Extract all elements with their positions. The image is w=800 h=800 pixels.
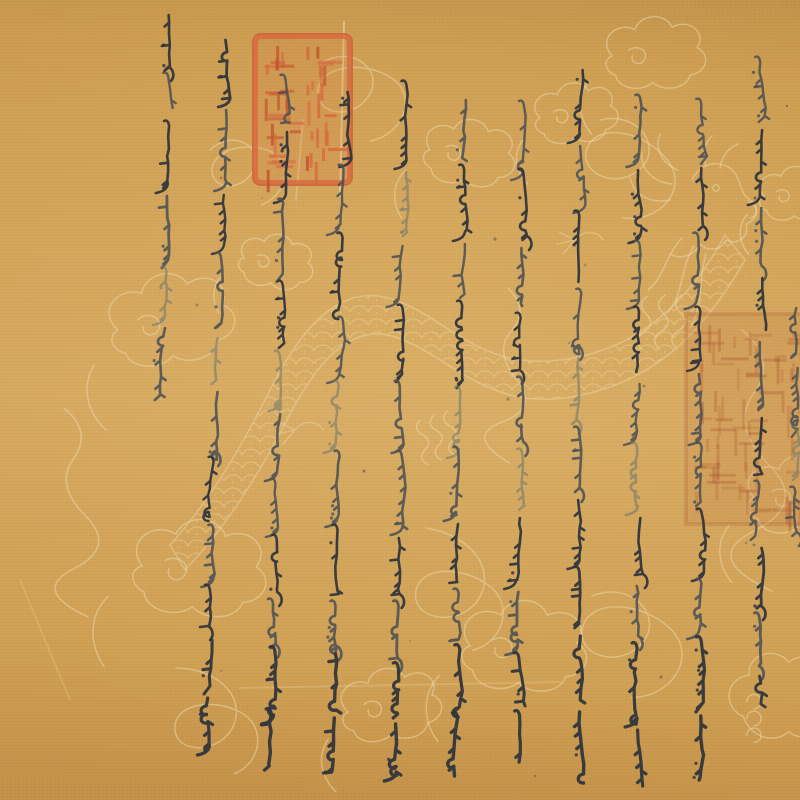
manchu-diacritic-dot [276,326,279,329]
manchu-diacritic-dot [509,600,512,603]
artwork-canvas [0,0,800,800]
ink-speck [506,397,509,400]
cloud-motif [391,110,520,233]
manchu-diacritic-dot [695,648,698,651]
ink-speck [220,177,222,179]
manchu-diacritic-dot [449,492,452,495]
manchu-word [454,244,465,298]
ink-speck [574,245,576,247]
ink-speck [568,342,570,344]
manchu-diacritic-dot [456,148,459,151]
manchu-diacritic-dot [328,421,331,424]
ink-speck [786,105,788,107]
manchu-word [633,586,643,650]
silk-crease [240,682,560,688]
ink-speck [580,592,582,594]
manchu-word [687,579,705,639]
manchu-word [392,381,404,453]
manchu-diacritic-dot [267,677,270,680]
manchu-diacritic-dot [277,316,280,319]
trail-motif [55,408,99,617]
manchu-diacritic-dot [215,305,218,308]
manchu-diacritic-dot [511,571,514,574]
manchu-word [391,451,408,535]
manchu-word [162,15,174,81]
manchu-diacritic-dot [694,762,697,765]
manchu-word [573,289,583,360]
manchu-word [212,338,221,384]
manchu-word [448,713,460,776]
manchu-word [756,208,766,280]
manchu-word [696,637,707,712]
manchu-word [453,645,465,717]
manchu-diacritic-dot [275,259,278,262]
ink-speck [493,237,496,240]
manchu-word [627,241,641,309]
manchu-word [568,500,585,569]
manchu-diacritic-dot [326,636,329,639]
manchu-word [215,253,223,328]
manchu-word [197,698,212,755]
manchu-diacritic-dot [512,343,515,346]
trail-motif [166,658,262,781]
manchu-diacritic-dot [633,232,636,235]
manchu-word [635,518,647,588]
manchu-diacritic-dot [341,97,344,100]
manchu-diacritic-dot [757,114,760,117]
manchu-word [755,57,770,122]
manchu-word [392,663,399,718]
cloud-motif [211,225,319,328]
manchu-diacritic-dot [755,304,758,307]
manchu-diacritic-dot [279,160,282,163]
manchu-word [512,653,525,706]
script-column-1 [153,15,176,400]
manchu-word [272,535,282,606]
ink-speck [584,264,587,267]
manchu-diacritic-dot [752,71,755,74]
manchu-word [155,328,166,400]
manchu-diacritic-dot [162,64,165,67]
manchu-word [517,449,527,510]
manchu-word [212,392,221,466]
manchu-diacritic-dot [517,692,520,695]
manchu-diacritic-dot [153,359,156,362]
manchu-word [449,524,460,583]
ruyi3-motif [729,653,800,742]
manchu-diacritic-dot [693,776,696,779]
manchu-word [756,676,767,707]
ink-speck [261,197,263,199]
ink-speck [698,179,701,182]
manchu-word [461,100,467,161]
manchu-word [218,40,230,107]
manchu-word [626,95,646,167]
manchu-diacritic-dot [331,512,334,515]
manchu-diacritic-dot [328,442,331,445]
manchu-word [626,443,639,515]
dragon-claw [557,232,603,254]
manchu-diacritic-dot [280,143,283,146]
vermillion-relief-seal [252,33,353,191]
screenshot-root: Photograph of a Qing-dynasty edict handw… [0,0,800,800]
manchu-word [262,709,272,770]
manchu-diacritic-dot [576,78,579,81]
manchu-word [390,538,404,608]
manchu-diacritic-dot [281,149,284,152]
manchu-word [568,70,588,143]
manchu-diacritic-dot [631,193,634,196]
manchu-word [519,169,532,250]
manchu-diacritic-dot [400,230,403,233]
manchu-diacritic-dot [574,448,577,451]
manchu-diacritic-dot [387,758,390,761]
manchu-word [331,525,342,595]
manchu-diacritic-dot [753,625,756,628]
manchu-diacritic-dot [396,522,399,525]
manchu-word [696,716,706,780]
ink-speck [196,304,199,307]
manchu-diacritic-dot [575,753,578,756]
manchu-diacritic-dot [755,84,758,87]
silk-weave-layer [20,17,800,793]
ink-speck [745,542,748,545]
manchu-word [453,165,471,241]
manchu-word [574,636,585,703]
ink-speck [753,196,756,199]
manchu-word [324,381,342,453]
manchu-diacritic-dot [571,344,574,347]
manchu-diacritic-dot [628,658,631,661]
ink-speck [220,670,222,672]
manchu-diacritic-dot [330,516,333,519]
manchu-diacritic-dot [753,604,756,607]
cloud-motif [740,166,800,254]
manchu-diacritic-dot [630,610,633,613]
ink-speck [753,544,756,547]
cloud-motif [580,17,705,134]
cloud-motif [511,80,622,185]
manchu-word [575,712,584,783]
manchu-word [697,168,708,240]
manchu-diacritic-dot [277,297,280,300]
manchu-diacritic-dot [202,674,205,677]
ink-speck [699,768,701,770]
manchu-word [212,195,226,254]
manchu-edict-photo: Photograph of a Qing-dynasty edict handw… [0,0,800,800]
ink-speck [534,775,536,777]
manchu-word [329,654,341,713]
manchu-word [696,99,707,164]
manchu-word [517,248,526,306]
manchu-word [624,384,640,445]
manchu-diacritic-dot [219,75,222,78]
manchu-diacritic-dot [696,689,699,692]
manchu-diacritic-dot [329,541,332,544]
manchu-diacritic-dot [697,669,700,672]
manchu-word [572,427,584,502]
manchu-word [754,613,763,680]
manchu-diacritic-dot [162,245,165,248]
manchu-word [159,196,169,268]
ink-speck [363,470,366,473]
manchu-diacritic-dot [633,215,636,218]
manchu-word [635,730,646,786]
script-column-4 [324,92,352,774]
manchu-diacritic-dot [509,578,512,581]
manchu-word [504,518,521,589]
manchu-word [329,601,341,660]
manchu-word [274,199,284,282]
manchu-diacritic-dot [456,179,459,182]
manchu-diacritic-dot [324,770,327,773]
manchu-diacritic-dot [458,185,461,188]
manchu-diacritic-dot [518,196,521,199]
faded-overlap-seal [686,314,800,530]
ink-speck [409,640,410,641]
manchu-diacritic-dot [331,504,334,507]
manchu-diacritic-dot [693,456,696,459]
manchu-word [203,640,212,694]
ink-speck [660,676,663,679]
manchu-diacritic-dot [209,450,212,453]
manchu-diacritic-dot [755,240,758,243]
script-column-7 [504,101,531,762]
ink-speck [643,385,646,388]
manchu-diacritic-dot [328,626,331,629]
manchu-diacritic-dot [270,526,273,529]
manchu-diacritic-dot [269,588,272,591]
script-column-9 [624,95,647,786]
manchu-diacritic-dot [455,378,458,381]
manchu-word [156,121,169,193]
manchu-diacritic-dot [693,500,696,503]
manchu-diacritic-dot [513,356,516,359]
manchu-diacritic-dot [159,286,162,289]
manchu-diacritic-dot [331,290,334,293]
manchu-word [401,172,411,236]
manchu-diacritic-dot [401,207,404,210]
manchu-word [276,281,285,348]
manchu-diacritic-dot [199,713,202,716]
manchu-word [515,711,521,762]
manchu-diacritic-dot [634,106,637,109]
script-column-6 [444,100,471,776]
ink-speck [210,611,213,614]
manchu-word [384,724,401,781]
manchu-diacritic-dot [754,229,757,232]
manchu-word [625,643,637,727]
manchu-diacritic-dot [162,43,165,46]
silk-crease [20,580,70,700]
